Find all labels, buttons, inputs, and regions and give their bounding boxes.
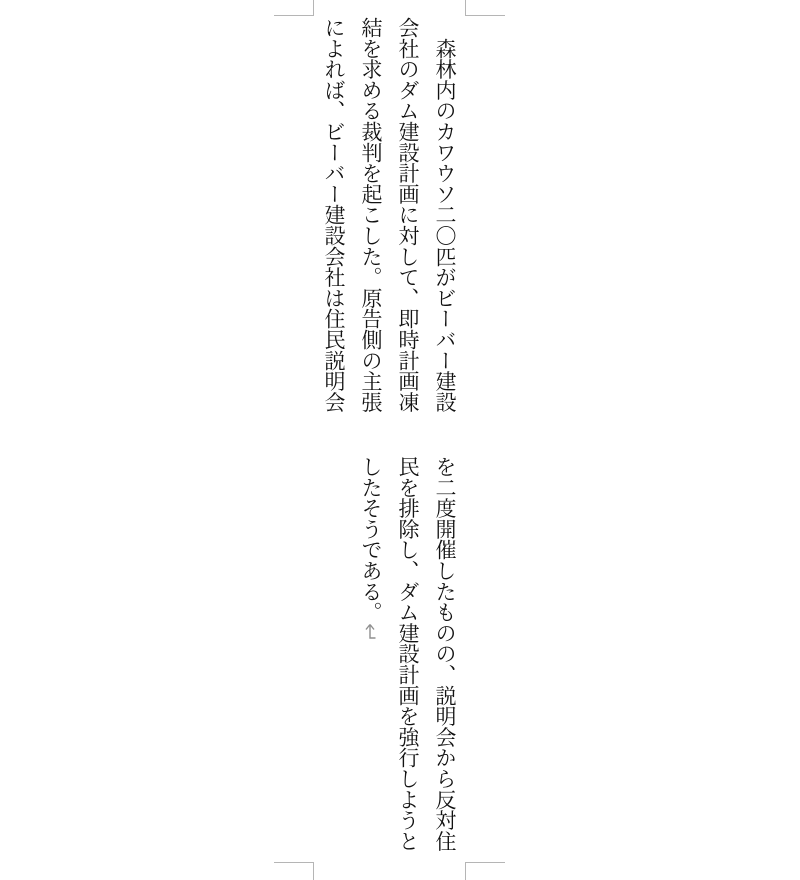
text-block-lower: を二度開催したものの、説明会から反対住 民を排除し、ダム建設計画を強行しようと … <box>315 456 463 858</box>
crop-mark-bottom-right-icon <box>465 862 505 880</box>
text-line[interactable]: 森林内のカワウソ二〇匹がビーバー建設 <box>426 17 463 414</box>
text-line[interactable]: したそうである。 <box>352 456 389 858</box>
text-line[interactable]: によれば、ビーバー建設会社は住民説明会 <box>315 17 352 414</box>
crop-mark-bottom-left-icon <box>274 862 314 880</box>
crop-mark-top-right-icon <box>465 0 505 16</box>
document-page: 森林内のカワウソ二〇匹がビーバー建設 会社のダム建設計画に対して、即時計画凍 結… <box>0 0 800 880</box>
text-line[interactable]: 会社のダム建設計画に対して、即時計画凍 <box>389 17 426 414</box>
text-line[interactable]: 民を排除し、ダム建設計画を強行しようと <box>389 456 426 858</box>
crop-mark-top-left-icon <box>274 0 314 16</box>
paragraph-mark-icon <box>363 622 377 641</box>
text-line-end[interactable]: したそうである。 <box>359 456 383 622</box>
text-block-upper: 森林内のカワウソ二〇匹がビーバー建設 会社のダム建設計画に対して、即時計画凍 結… <box>315 17 463 414</box>
text-line[interactable]: 結を求める裁判を起こした。原告側の主張 <box>352 17 389 414</box>
text-line[interactable]: を二度開催したものの、説明会から反対住 <box>426 456 463 858</box>
